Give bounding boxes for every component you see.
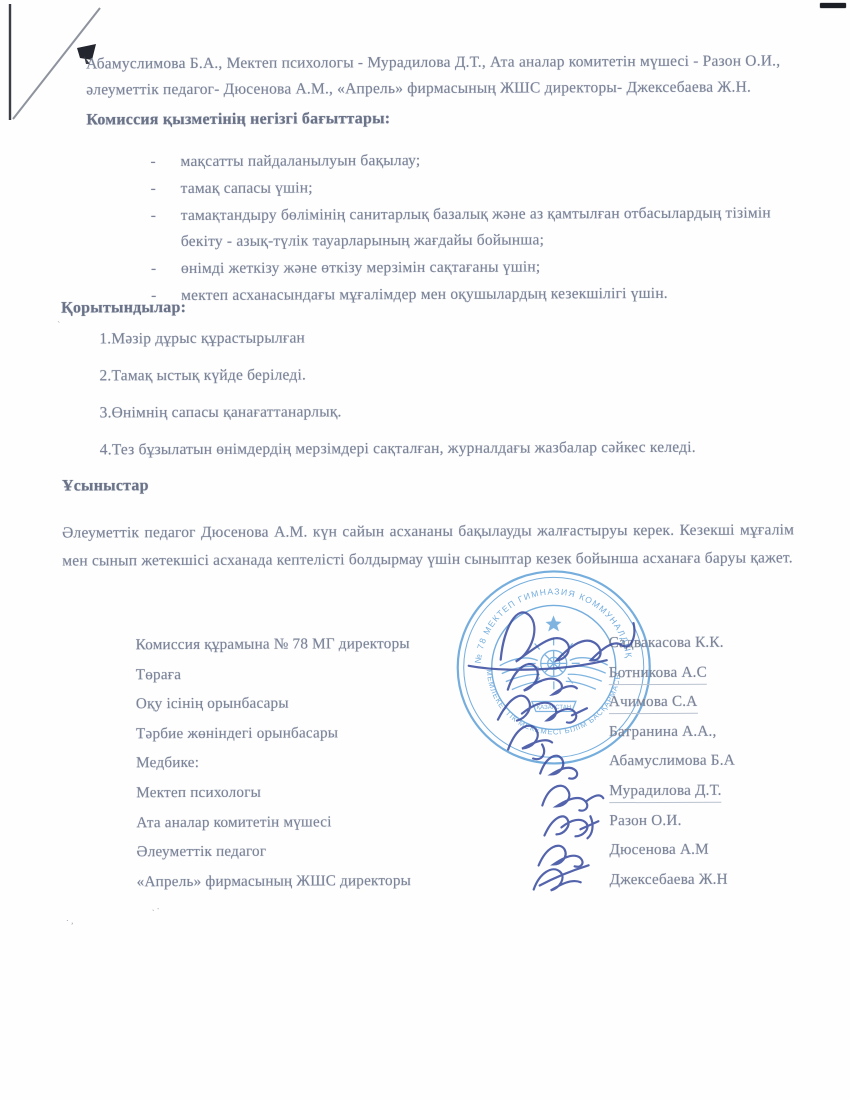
signature-role-label: Ата аналар комитетін мүшесі (136, 810, 566, 834)
signatory-name: Батранина А.А., (609, 720, 717, 742)
signatory-name: Абамуслимова Б.А (609, 750, 735, 773)
list-item: тамақ сапасы үшін; (181, 173, 781, 202)
signatory-name: Ботникова А.С (609, 661, 707, 684)
signature-role-label: Мектеп психологы (136, 780, 566, 804)
scan-speck: · , (66, 916, 74, 926)
conclusions-list: 1.Мәзір дұрыс құрастырылған 2.Тамақ ысты… (99, 323, 800, 474)
signatory-name: Мурадилова Д.Т. (609, 780, 721, 803)
signatory-name: Джексебаева Ж.Н (610, 868, 728, 891)
signature-row: Төраға Ботникова А.С (136, 658, 816, 691)
list-item: мақсатты пайдаланылуын бақылау; (180, 146, 780, 175)
signatory-name: Разон О.И. (609, 809, 681, 831)
signature-role-label: Медбике: (136, 751, 566, 775)
list-item: мектеп асханасындағы мұғалімдер мен оқуш… (181, 280, 781, 309)
signature-role-label: Тәрбие жөніндегі орынбасары (136, 721, 566, 745)
recommendations-paragraph: Әлеуметтік педагог Дюсенова А.М. күн сай… (62, 516, 794, 575)
heading-directions: Комиссия қызметінің негізгі бағыттары: (86, 110, 390, 129)
signatory-name: Ачимова С.А (609, 691, 698, 714)
signature-row: Медбике: Абамуслимова Б.А (136, 747, 816, 780)
signature-row: Оқу ісінің орынбасары Ачимова С.А (136, 687, 816, 720)
list-item: 1.Мәзір дұрыс құрастырылған (99, 323, 799, 352)
scan-speck: ˎ . (152, 901, 160, 911)
signature-role-label: Төраға (136, 662, 566, 686)
signature-row: Мектеп психологы Мурадилова Д.Т. (136, 776, 816, 809)
signature-role-label: Оқу ісінің орынбасары (136, 692, 566, 716)
signature-row: «Апрель» фирмасының ЖШС директоры Джексе… (137, 865, 817, 898)
signature-role-label: Әлеуметтік педагог (136, 840, 566, 864)
signature-row: Комиссия құрамына № 78 МГ директоры Садв… (136, 628, 816, 661)
directions-list: мақсатты пайдаланылуын бақылау; тамақ са… (180, 146, 781, 310)
signature-row: Тәрбие жөніндегі орынбасары Батранина А.… (136, 717, 816, 750)
signature-block: Комиссия құрамына № 78 МГ директоры Садв… (136, 628, 817, 897)
signatory-name: Дюсенова А.М (609, 839, 708, 861)
list-item: өнімді жеткізу және өткізу мерзімін сақт… (181, 253, 781, 282)
signature-row: Әлеуметтік педагог Дюсенова А.М (136, 835, 816, 868)
list-item: тамақтандыру бөлімінің санитарлық базалы… (181, 200, 781, 255)
signature-role-label: Комиссия құрамына № 78 МГ директоры (136, 632, 566, 656)
signatory-name: Садвакасова К.К. (609, 632, 724, 655)
scanned-document-page: Абамуслимова Б.А., Мектеп психологы - Му… (0, 0, 850, 1100)
signature-row: Ата аналар комитетін мүшесі Разон О.И. (136, 806, 816, 839)
list-item: 4.Тез бұзылатын өнімдердің мерзімдері са… (100, 434, 800, 463)
intro-paragraph: Абамуслимова Б.А., Мектеп психологы - Му… (86, 48, 796, 103)
heading-conclusions: Қорытындылар: (61, 299, 186, 318)
heading-recommendations: Ұсыныстар (62, 477, 149, 495)
list-item: 3.Өнімнің сапасы қанағаттанарлық. (100, 397, 800, 426)
signature-role-label: «Апрель» фирмасының ЖШС директоры (137, 869, 567, 893)
document-content: Абамуслимова Б.А., Мектеп психологы - Му… (0, 0, 850, 1100)
list-item: 2.Тамақ ыстық күйде беріледі. (99, 360, 799, 389)
scan-speck: ` (57, 320, 60, 330)
